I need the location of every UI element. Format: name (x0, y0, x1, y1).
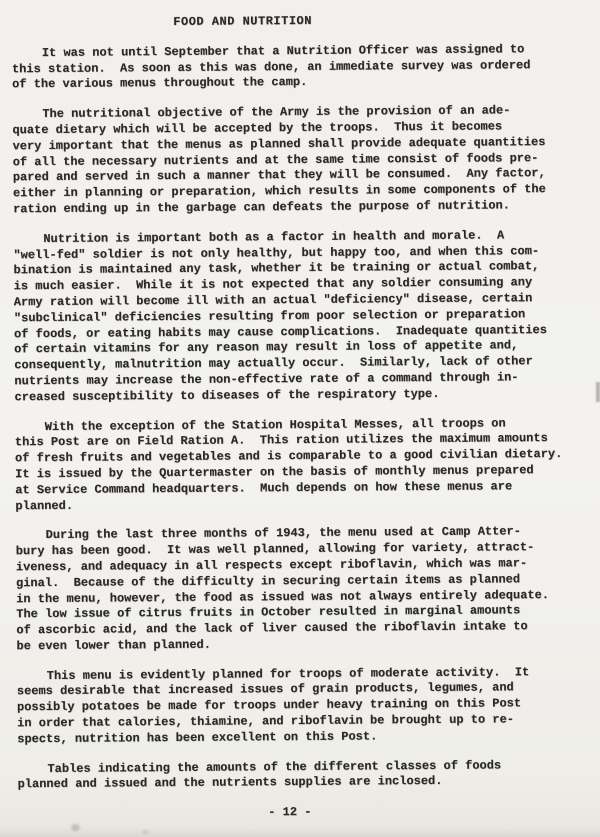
paragraph-nutritional-objective: The nutritional objective of the Army is… (12, 103, 581, 218)
scan-smudge (142, 830, 148, 834)
paragraph-field-ration: With the exception of the Station Hospit… (15, 415, 584, 514)
paragraph-tables-inclosed: Tables indicating the amounts of the dif… (17, 757, 585, 793)
paragraph-health-morale: Nutrition is important both as a factor … (13, 228, 582, 406)
page-content: FOOD AND NUTRITION It was not until Sept… (0, 0, 600, 823)
paragraph-moderate-activity: This menu is evidently planned for troop… (17, 664, 586, 747)
scan-edge-shade (0, 827, 600, 837)
document-page: FOOD AND NUTRITION It was not until Sept… (0, 0, 600, 837)
page-title: FOOD AND NUTRITION (0, 12, 527, 32)
paragraph-intro-survey: It was not until September that a Nutrit… (12, 42, 580, 94)
page-number: - 12 - (6, 803, 574, 823)
paragraph-menu-1943: During the last three months of 1943, th… (16, 524, 585, 655)
scan-smudge (71, 824, 80, 831)
